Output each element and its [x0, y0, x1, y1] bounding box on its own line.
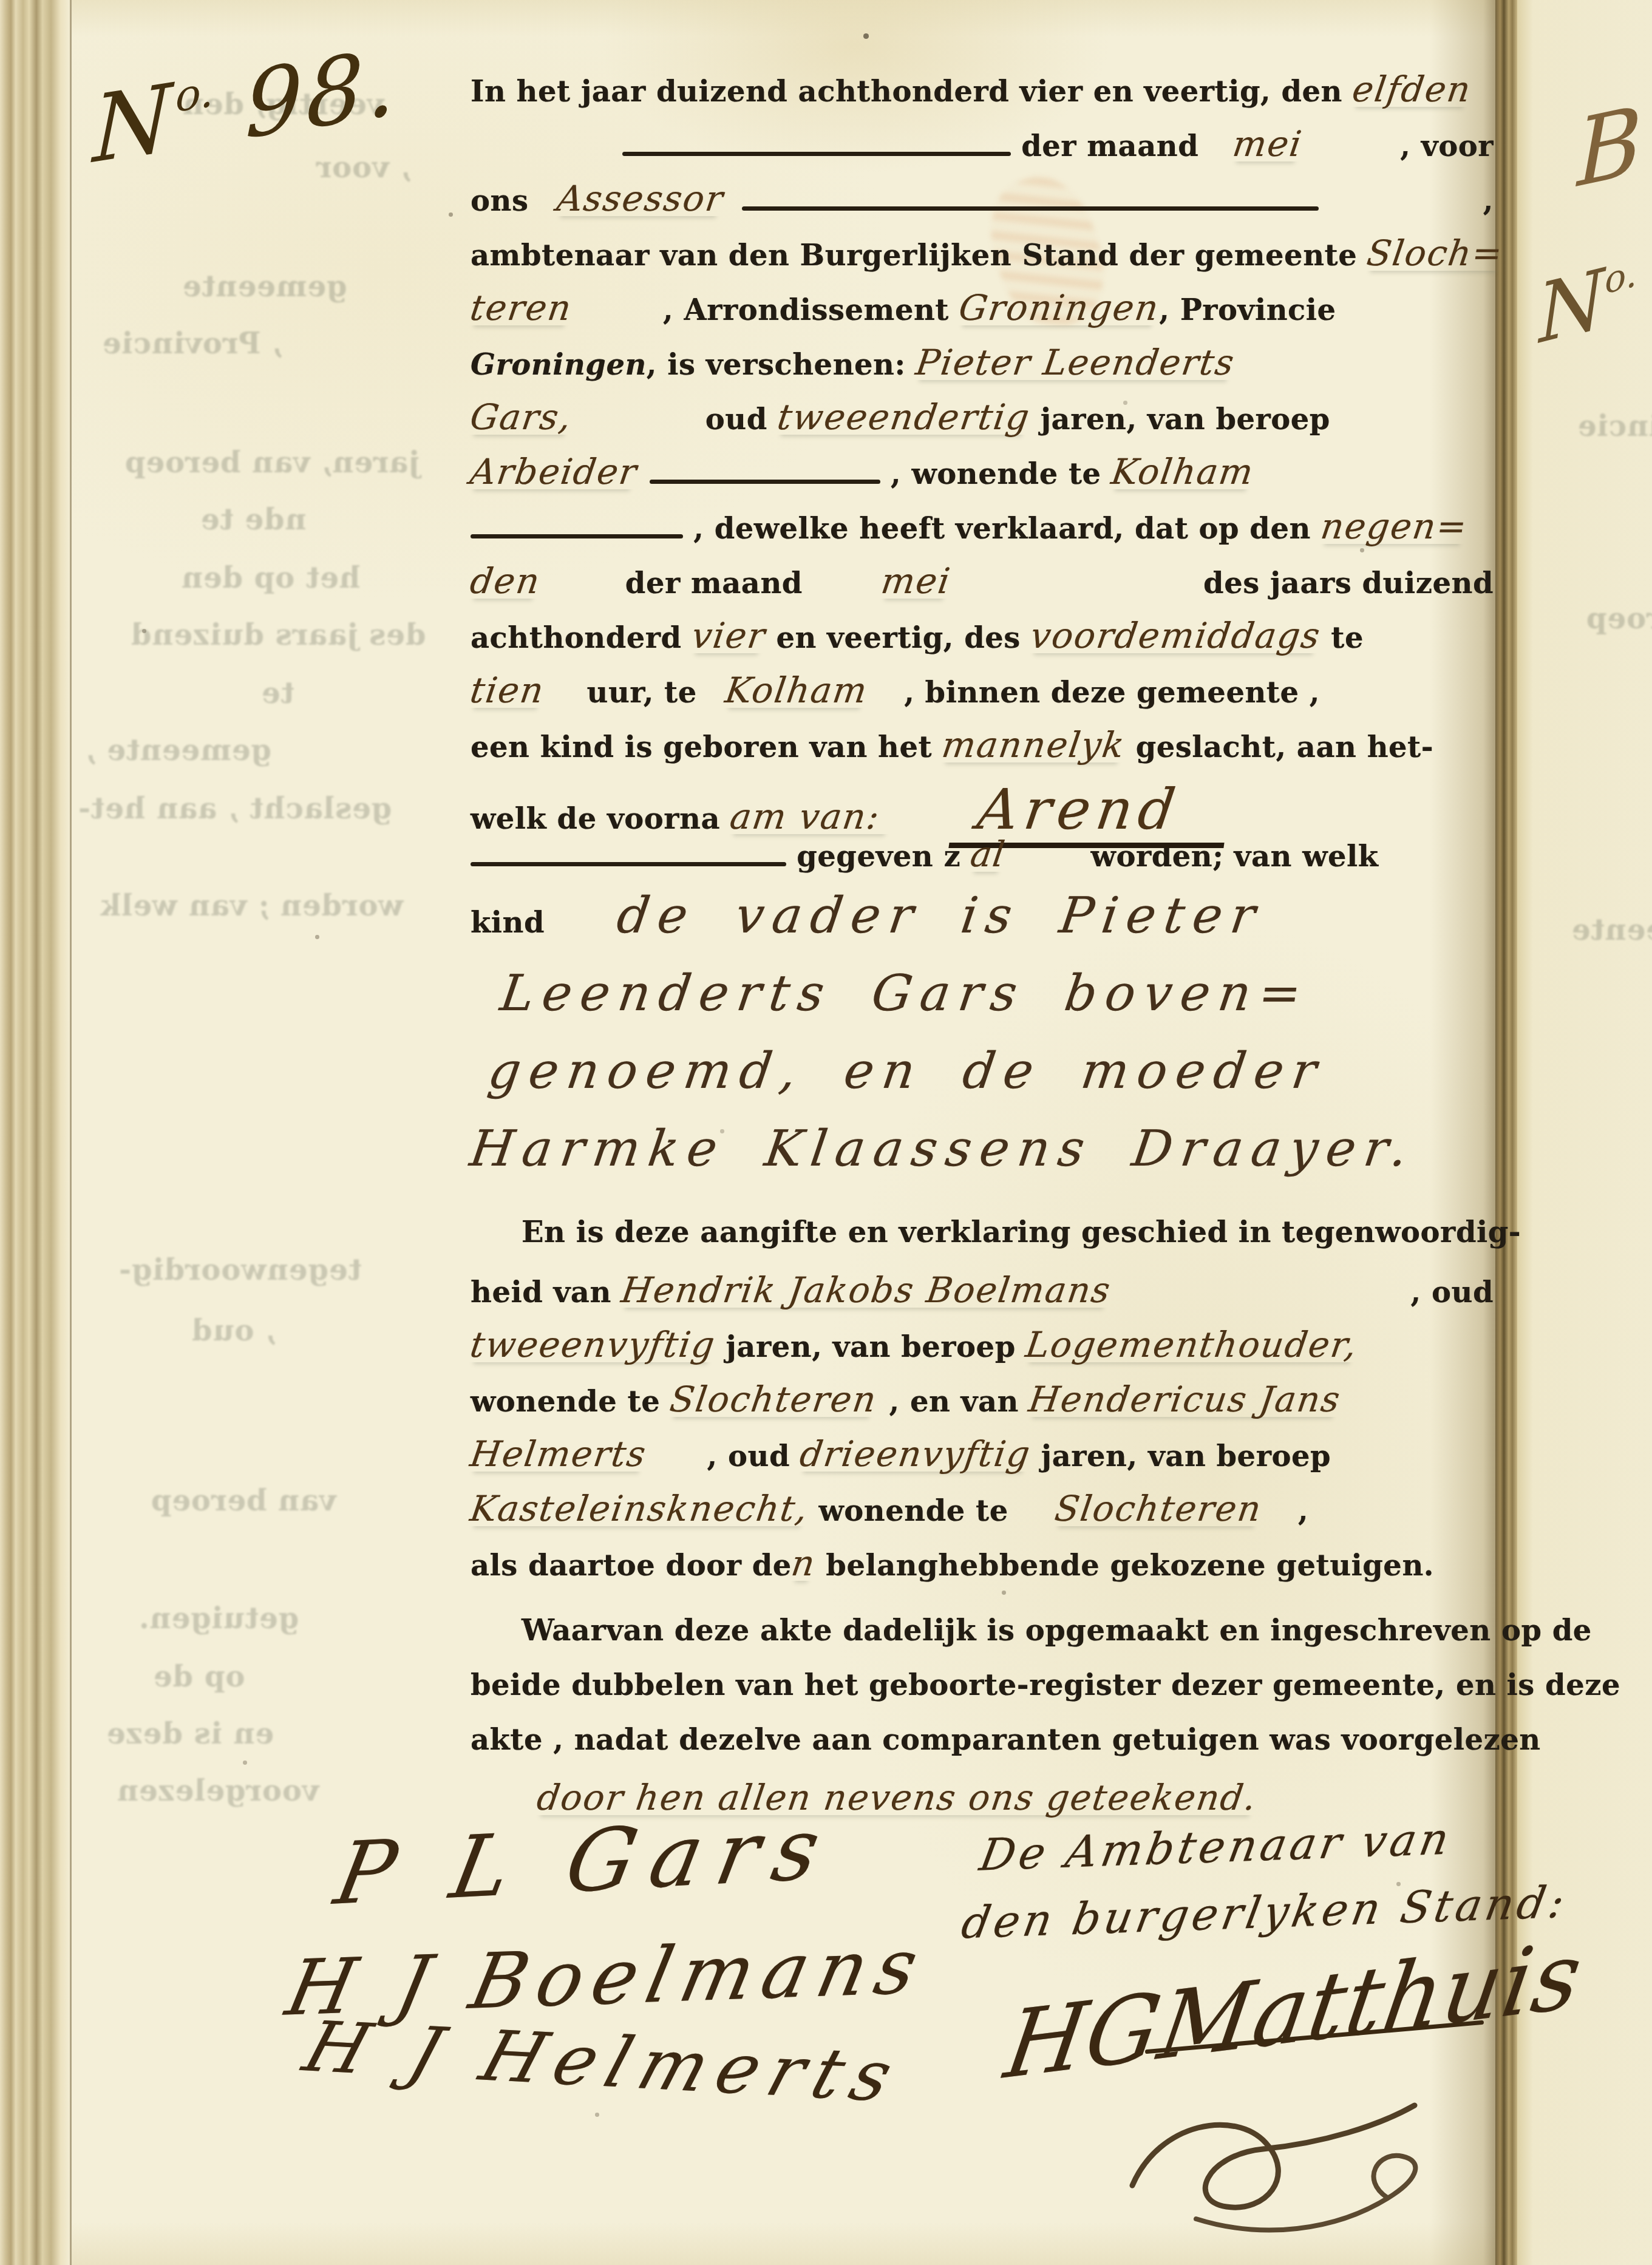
act-line-17: Leenderts Gars boven=: [471, 969, 1494, 1047]
signature-flourish: [1117, 2088, 1445, 2240]
bleedthrough-text: te: [261, 679, 294, 708]
handwritten-text: Leenderts Gars boven=: [497, 969, 1313, 1019]
spacer: [892, 825, 953, 829]
handwritten-text: den: [468, 563, 543, 599]
spacer: [647, 1462, 707, 1466]
printed-text: Groningen: [471, 350, 647, 379]
scanned-register-page: veertig, den, voorgemeente, Provinciejar…: [0, 0, 1652, 2265]
act-line-4: ambtenaar van den Burgerlijken Stand der…: [471, 236, 1494, 290]
bleedthrough-text: jaren, van beroep: [124, 448, 420, 477]
printed-text: en getuigen was voorgelezen: [1061, 1725, 1541, 1754]
handwritten-text: elfden: [1350, 72, 1474, 107]
handwritten-text: am van:: [728, 799, 895, 834]
act-line-7: Gars,oud tweeendertig jaren, van beroep: [471, 399, 1494, 454]
handwritten-text: Harmke Klaassens Draayer.: [467, 1124, 1419, 1174]
act-line-1: In het jaar duizend achthonderd vier en …: [471, 72, 1494, 126]
handwritten-text: Kasteleinsknecht,: [468, 1491, 811, 1526]
spacer: [707, 699, 726, 702]
spacer: [637, 480, 650, 484]
handwritten-text: Hendericus Jans: [1027, 1382, 1343, 1417]
bleedthrough-text: gemeente: [182, 272, 347, 301]
next-page-number-n: N: [1537, 251, 1607, 362]
printed-text: , is verschenen:: [647, 350, 916, 379]
act-line-26: als daartoe door den belanghebbende geko…: [471, 1546, 1494, 1600]
next-page-number-ordinal: o.: [1604, 251, 1637, 303]
handwritten-text: Slochteren: [1053, 1491, 1264, 1526]
bleedthrough-text: gemeente ,: [85, 736, 271, 765]
act-line-24: Helmerts, oud drieenvyftig jaren, van be…: [471, 1436, 1494, 1491]
spacer: [471, 1007, 501, 1010]
handwritten-text: Sloch=: [1365, 236, 1506, 271]
handwritten-text: vier: [690, 618, 769, 653]
printed-text: En is deze aangifte en verklaring geschi…: [522, 1218, 1521, 1247]
spacer: [724, 207, 742, 211]
printed-text: ons: [471, 186, 539, 216]
act-line-2: der maand mei, voor: [471, 126, 1494, 181]
spacer: [1006, 863, 1091, 866]
printed-text: jaren, van beroep: [715, 1333, 1026, 1362]
handwritten-text: Hendrik Jakobs Boelmans: [619, 1272, 1113, 1308]
spacer: [471, 1806, 537, 1810]
spacer: [868, 699, 904, 702]
bleedthrough-text: voorgelezen: [117, 1776, 319, 1805]
handwritten-text: Kolham: [1109, 454, 1256, 489]
spacer: [877, 1408, 889, 1411]
printed-text: der maand: [625, 569, 803, 598]
printed-text: gegeven z: [786, 842, 971, 871]
handwritten-text: genoemd, en de moeder: [485, 1047, 1328, 1096]
handwritten-text: mei: [1231, 126, 1305, 161]
act-line-18: genoemd, en de moeder: [471, 1047, 1494, 1124]
handwritten-text: drieenvyftig: [798, 1436, 1033, 1472]
spacer: [1262, 1517, 1298, 1521]
bleedthrough-text: worden ; van welk: [100, 891, 404, 920]
printed-text: ,: [1483, 186, 1494, 216]
printed-text: wonende te: [471, 1387, 670, 1416]
act-line-21: heid van Hendrik Jakobs Boelmans, oud: [471, 1272, 1494, 1327]
act-line-10: dender maandmeides jaars duizend: [471, 563, 1494, 618]
handwritten-text: teren: [468, 290, 574, 325]
printed-text: , oud: [707, 1442, 801, 1471]
act-line-8: Arbeider , wonende te Kolham: [471, 454, 1494, 509]
spacer: [572, 316, 663, 320]
printed-text: kind: [471, 908, 545, 937]
printed-text: en veertig, des: [766, 623, 1031, 653]
printed-text: als daartoe door de: [471, 1551, 792, 1580]
printed-text: beide dubbelen van het geboorte-register…: [471, 1671, 1620, 1700]
handwritten-text: tweeendertig: [775, 399, 1033, 435]
printed-text: heid van: [471, 1278, 622, 1307]
printed-text: ambtenaar van den Burgerlijken Stand der…: [471, 241, 1367, 270]
handwritten-text: Kolham: [723, 673, 870, 708]
spacer: [1019, 1517, 1055, 1521]
bleedthrough-text: het op den: [181, 563, 361, 593]
act-line-13: een kind is geboren van het mannelyk ges…: [471, 727, 1494, 782]
printed-text: geslacht, aan het-: [1125, 733, 1433, 762]
printed-text: , binnen deze gemeente ,: [904, 678, 1320, 707]
printed-text: Waarvan deze akte dadelijk is opgemaakt …: [522, 1616, 1592, 1645]
act-line-14: welk de voorna am van: Arend: [471, 782, 1494, 837]
spacer: [540, 589, 625, 593]
handwritten-text: tien: [468, 673, 547, 708]
bleedthrough-text: Provincie: [1577, 412, 1652, 441]
bleedthrough-text: des jaars duizend: [131, 620, 426, 650]
bleedthrough-text: en is deze: [106, 1719, 274, 1748]
act-line-22: tweeenvyftig jaren, van beroep Logementh…: [471, 1327, 1494, 1382]
act-line-5: teren, Arrondissement Groningen, Provinc…: [471, 290, 1494, 345]
bleedthrough-text: getuigen.: [138, 1604, 299, 1633]
handwritten-text: voordemiddags: [1028, 618, 1323, 653]
spacer: [545, 929, 617, 932]
bleedthrough-text: op de: [153, 1662, 245, 1691]
printed-text: achthonderd: [471, 623, 692, 653]
handwritten-text: Logementhouder,: [1024, 1327, 1360, 1362]
printed-text: , voor: [1400, 132, 1494, 161]
blank-rule: [471, 534, 683, 538]
margin-number-ordinal: o.: [175, 66, 214, 122]
handwritten-text: al: [968, 837, 1008, 872]
bleedthrough-text: gemeente: [1571, 915, 1652, 945]
bleedthrough-text: beroep: [1586, 604, 1652, 633]
handwritten-text: de vader is Pieter: [614, 891, 1266, 941]
book-binding-edge: [0, 0, 72, 2265]
printed-text: , Provincie: [1159, 296, 1336, 325]
handwritten-text: n: [789, 1546, 818, 1581]
blank-rule: [650, 480, 880, 484]
printed-text: In het jaar duizend achthonderd vier en …: [471, 77, 1353, 106]
printed-text: belanghebbende gekozene getuigen.: [815, 1551, 1434, 1580]
spacer: [539, 207, 557, 211]
act-line-11: achthonderd vier en veertig, des voordem…: [471, 618, 1494, 673]
blank-rule: [742, 206, 1319, 211]
handwritten-text: Slochteren: [668, 1382, 879, 1417]
spacer: [1209, 152, 1233, 156]
printed-text: jaren, van beroep: [1031, 1442, 1331, 1471]
paper-specks: [0, 0, 2, 2]
printed-text: oud: [705, 405, 778, 434]
handwritten-text: Pieter Leenderts: [914, 345, 1237, 380]
margin-number-n: N: [92, 64, 177, 184]
printed-text: een kind is geboren van het: [471, 733, 942, 762]
printed-text: wonende te: [808, 1496, 1019, 1526]
bleedthrough-text: van beroep: [151, 1486, 336, 1515]
spacer: [572, 426, 705, 429]
bleedthrough-text: , oud: [191, 1316, 276, 1345]
act-line-19: Harmke Klaassens Draayer.: [471, 1124, 1494, 1202]
printed-text: jaren, van beroep: [1030, 405, 1330, 434]
spacer: [545, 699, 587, 702]
blank-rule: [622, 152, 1011, 156]
next-page-letter: B: [1577, 94, 1642, 201]
act-line-27: Waarvan deze akte dadelijk is opgemaakt …: [471, 1616, 1494, 1671]
printed-text: uur, te: [587, 678, 707, 707]
handwritten-text: negen=: [1319, 509, 1470, 544]
handwritten-text: Assessor: [555, 181, 726, 216]
bleedthrough-text: , voor: [316, 153, 411, 182]
bleedthrough-text: tegenwoordig-: [118, 1255, 362, 1285]
blank-rule: [471, 862, 786, 866]
printed-text: , wonende te: [880, 460, 1112, 489]
act-line-29: akte , nadat dezelve aan comparanten get…: [471, 1725, 1494, 1780]
printed-text: welk de voorna: [471, 804, 730, 834]
act-line-3: ons Assessor,: [471, 181, 1494, 236]
bleedthrough-text: nde te: [200, 505, 306, 534]
spacer: [803, 589, 882, 593]
printed-text: , oud: [1411, 1278, 1494, 1307]
printed-text: te: [1321, 623, 1364, 653]
bleedthrough-text: , Provincie: [102, 329, 282, 358]
handwritten-text: tweeenvyftig: [468, 1327, 718, 1362]
printed-text: des jaars duizend: [1203, 569, 1494, 598]
act-line-25: Kasteleinsknecht, wonende te Slochteren,: [471, 1491, 1494, 1546]
handwritten-text: Helmerts: [468, 1436, 649, 1472]
printed-text: , Arrondissement: [663, 296, 959, 325]
handwritten-text: Arbeider: [468, 454, 640, 489]
act-line-23: wonende te Slochteren, en van Hendericus…: [471, 1382, 1494, 1436]
act-line-9: , dewelke heeft verklaard, dat op den ne…: [471, 509, 1494, 563]
printed-text: ,: [1298, 1496, 1308, 1526]
printed-text: akte , nadat dezelve aan comparant: [471, 1725, 1061, 1754]
act-line-6: Groningen, is verschenen: Pieter Leender…: [471, 345, 1494, 399]
handwritten-text: mei: [879, 563, 953, 599]
handwritten-text: Groningen: [957, 290, 1161, 325]
handwritten-text: Gars,: [468, 399, 574, 435]
act-line-28: beide dubbelen van het geboorte-register…: [471, 1671, 1494, 1725]
act-line-16: kindde vader is Pieter: [471, 891, 1494, 969]
spacer: [471, 152, 622, 156]
act-body: In het jaar duizend achthonderd vier en …: [471, 72, 1494, 1835]
act-line-15: gegeven z alworden; van welk: [471, 837, 1494, 891]
bleedthrough-text: geslacht , aan het-: [78, 794, 392, 823]
act-line-12: tienuur, te Kolham, binnen deze gemeente…: [471, 673, 1494, 727]
printed-text: der maand: [1011, 132, 1209, 161]
handwritten-text: mannelyk: [940, 727, 1127, 762]
act-line-20: En is deze aangifte en verklaring geschi…: [471, 1218, 1494, 1272]
printed-text: , en van: [889, 1387, 1029, 1416]
printed-text: , dewelke heeft verklaard, dat op den: [683, 514, 1321, 543]
